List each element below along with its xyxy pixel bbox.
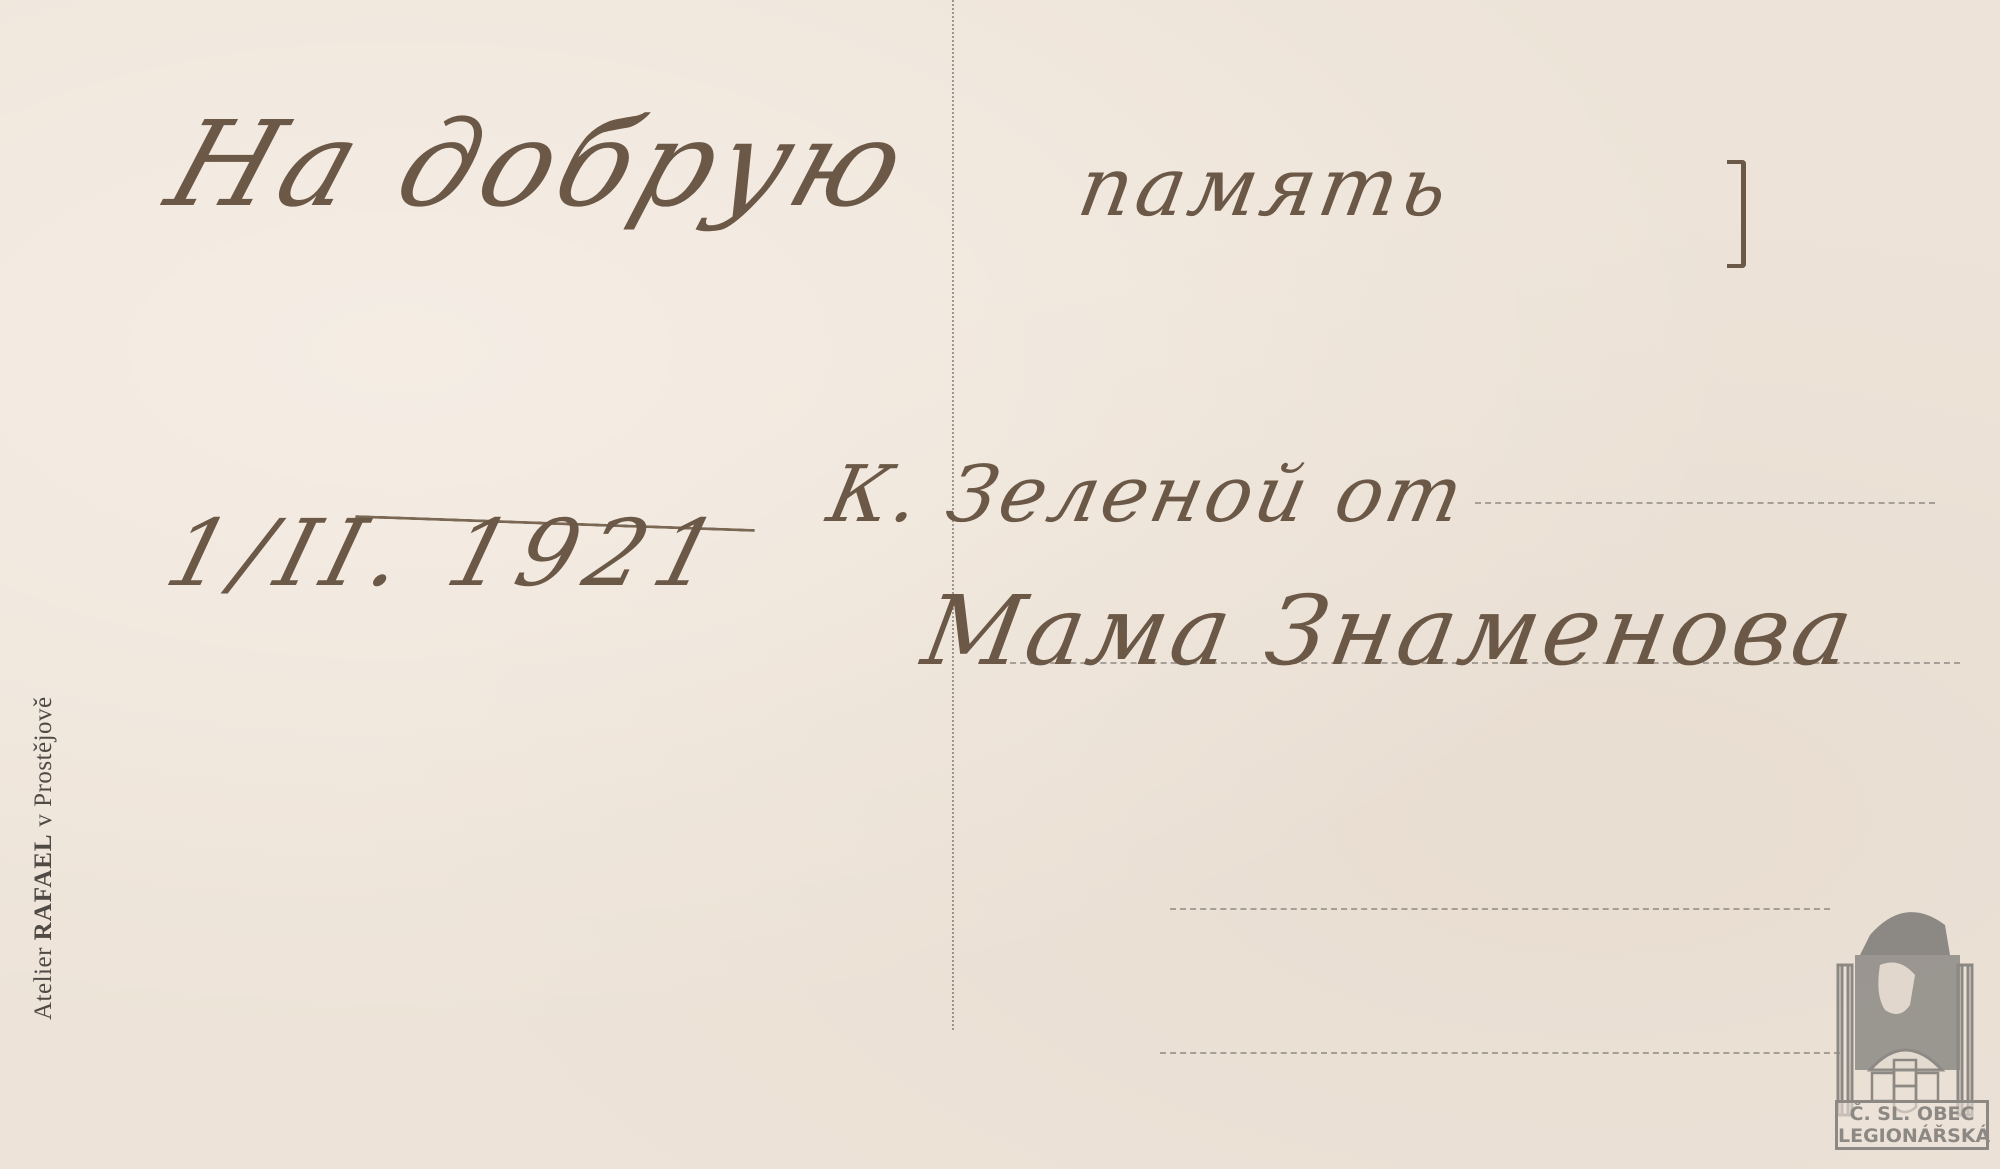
logo-text-line-2: LEGIONÁŘSKÁ <box>1838 1125 1986 1147</box>
legionnaire-association-logo-text: Č. SL. OBEC LEGIONÁŘSKÁ <box>1835 1100 1989 1150</box>
address-line-4 <box>1160 1052 1840 1054</box>
logo-text-line-1: Č. SL. OBEC <box>1838 1103 1986 1125</box>
handwritten-greeting-line-1: На добрую <box>153 95 928 233</box>
address-line-3 <box>1170 908 1830 910</box>
publisher-imprint: Atelier RAFAEL v Prostějově <box>30 696 58 1020</box>
handwritten-signature-line-2: Мама Знаменова <box>915 575 1864 687</box>
address-line-1 <box>1475 502 1935 504</box>
publisher-name: RAFAEL <box>30 833 57 940</box>
handwritten-signature-line-1: К. Зеленой от <box>820 450 1473 540</box>
publisher-suffix: v Prostějově <box>30 696 57 826</box>
handwritten-date: 1/II. 1921 <box>156 500 740 607</box>
publisher-prefix: Atelier <box>30 947 57 1020</box>
handwritten-greeting-line-2: память <box>1072 140 1459 235</box>
handwritten-bracket-mark <box>1727 160 1746 268</box>
